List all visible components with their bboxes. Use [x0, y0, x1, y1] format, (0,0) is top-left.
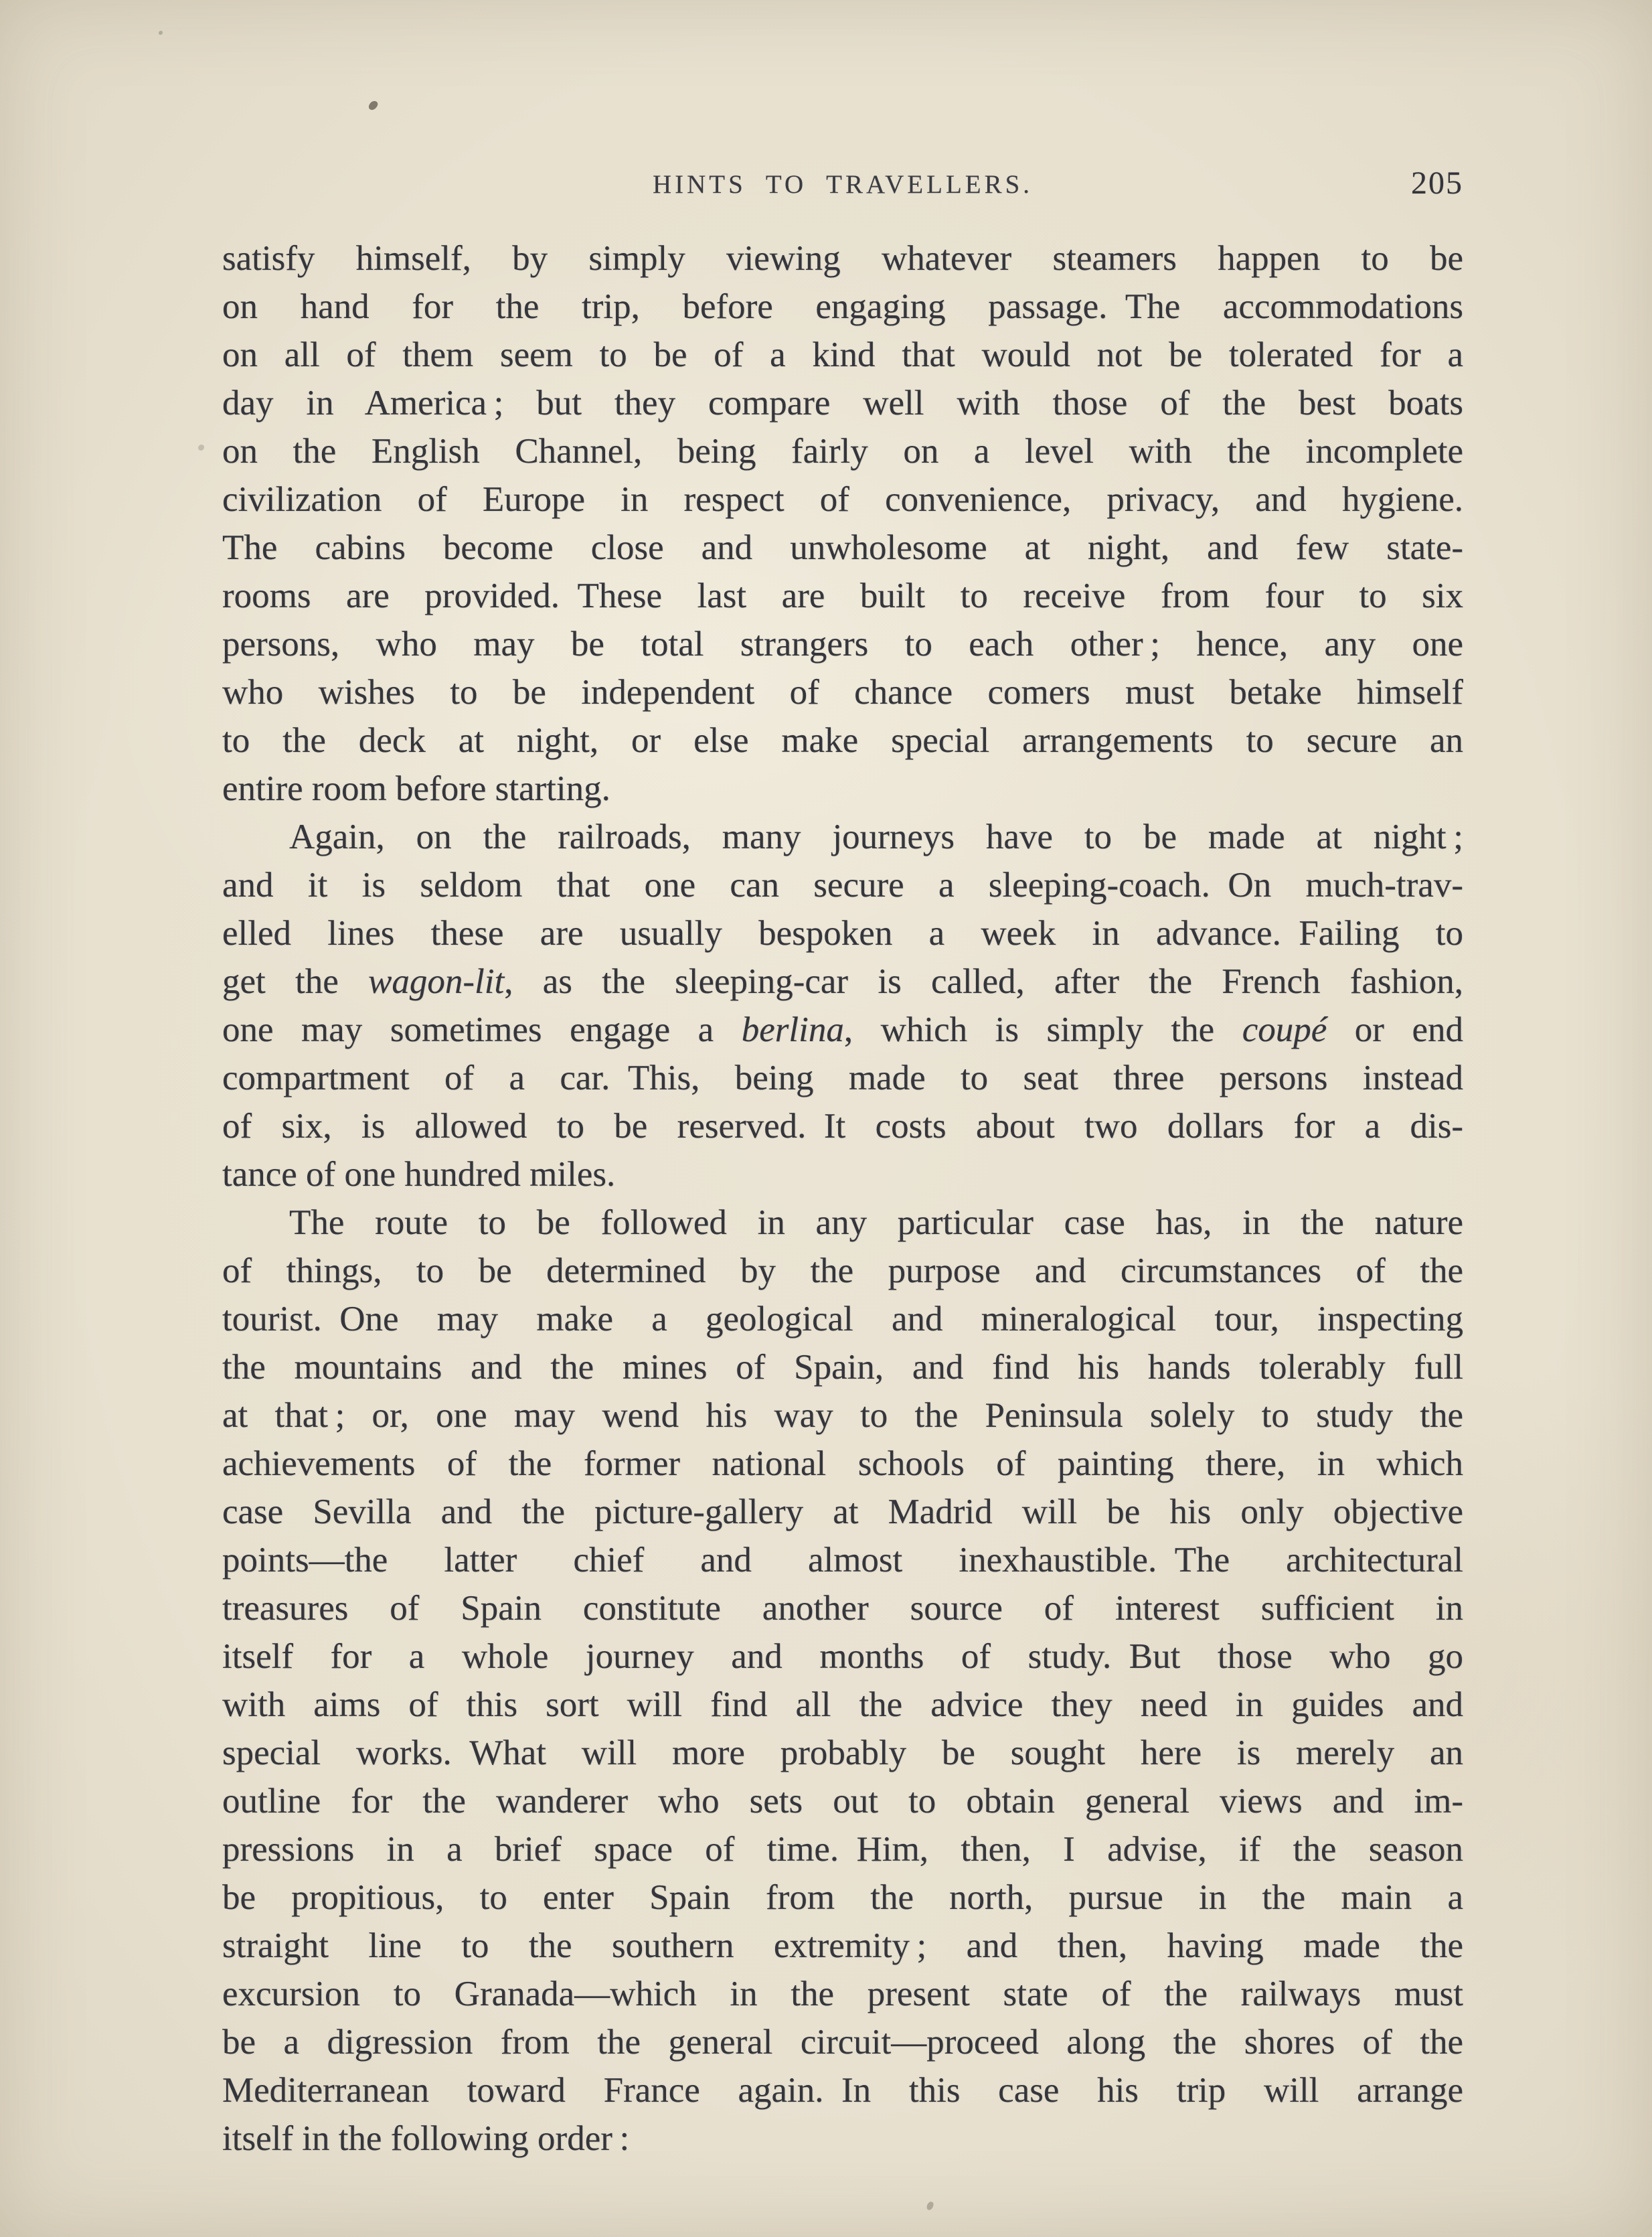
- text-line: itself for a whole journey and months of…: [222, 1632, 1463, 1681]
- text-line: pressions in a brief space of time. Him,…: [222, 1825, 1463, 1873]
- text-line: satisfy himself, by simply viewing whate…: [222, 234, 1463, 283]
- text-line: be propitious, to enter Spain from the n…: [222, 1873, 1463, 1922]
- paragraph: satisfy himself, by simply viewing whate…: [222, 234, 1463, 813]
- text-line: compartment of a car. This, being made t…: [222, 1054, 1463, 1102]
- paragraph: Again, on the railroads, many journeys h…: [222, 813, 1463, 1199]
- text-line: one may sometimes engage a berlina, whic…: [222, 1006, 1463, 1054]
- running-header: HINTS TO TRAVELLERS. 205: [222, 166, 1463, 204]
- text-line: The route to be followed in any particul…: [222, 1199, 1463, 1247]
- text-line: day in America ; but they compare well w…: [222, 379, 1463, 427]
- paper-speck: [159, 31, 163, 35]
- text-line: on hand for the trip, before engaging pa…: [222, 283, 1463, 331]
- paragraph: The route to be followed in any particul…: [222, 1199, 1463, 2163]
- paper-speck: [926, 2201, 934, 2211]
- text-line: outline for the wanderer who sets out to…: [222, 1777, 1463, 1825]
- page-number: 205: [1411, 165, 1463, 202]
- text-line: tance of one hundred miles.: [222, 1150, 1463, 1199]
- text-line: to the deck at night, or else make speci…: [222, 716, 1463, 765]
- text-line: straight line to the southern extremity …: [222, 1922, 1463, 1970]
- text-line: Again, on the railroads, many journeys h…: [222, 813, 1463, 861]
- text-line: itself in the following order :: [222, 2114, 1463, 2163]
- text-line: on the English Channel, being fairly on …: [222, 427, 1463, 475]
- running-header-title: HINTS TO TRAVELLERS.: [222, 166, 1463, 204]
- text-line: persons, who may be total strangers to e…: [222, 620, 1463, 668]
- text-line: be a digression from the general circuit…: [222, 2018, 1463, 2066]
- text-line: at that ; or, one may wend his way to th…: [222, 1391, 1463, 1440]
- text-line: Mediterranean toward France again. In th…: [222, 2066, 1463, 2114]
- text-line: the mountains and the mines of Spain, an…: [222, 1343, 1463, 1391]
- paper-speck: [198, 445, 204, 451]
- text-line: rooms are provided. These last are built…: [222, 572, 1463, 620]
- text-line: of six, is allowed to be reserved. It co…: [222, 1102, 1463, 1150]
- text-line: with aims of this sort will find all the…: [222, 1681, 1463, 1729]
- text-line: civilization of Europe in respect of con…: [222, 475, 1463, 524]
- text-line: tourist. One may make a geological and m…: [222, 1295, 1463, 1343]
- text-line: of things, to be determined by the purpo…: [222, 1247, 1463, 1295]
- paper-speck: [367, 99, 380, 112]
- text-line: case Sevilla and the picture-gallery at …: [222, 1488, 1463, 1536]
- text-line: get the wagon-lit, as the sleeping-car i…: [222, 957, 1463, 1006]
- page-body: satisfy himself, by simply viewing whate…: [222, 234, 1463, 2163]
- text-line: elled lines these are usually bespoken a…: [222, 909, 1463, 957]
- text-line: points—the latter chief and almost inexh…: [222, 1536, 1463, 1584]
- text-line: and it is seldom that one can secure a s…: [222, 861, 1463, 909]
- text-line: treasures of Spain constitute another so…: [222, 1584, 1463, 1632]
- text-line: achievements of the former national scho…: [222, 1440, 1463, 1488]
- text-line: excursion to Granada—which in the presen…: [222, 1970, 1463, 2018]
- text-line: who wishes to be independent of chance c…: [222, 668, 1463, 716]
- text-line: on all of them seem to be of a kind that…: [222, 331, 1463, 379]
- text-line: entire room before starting.: [222, 765, 1463, 813]
- text-line: The cabins become close and unwholesome …: [222, 524, 1463, 572]
- text-line: special works. What will more probably b…: [222, 1729, 1463, 1777]
- book-page: HINTS TO TRAVELLERS. 205 satisfy himself…: [0, 0, 1652, 2237]
